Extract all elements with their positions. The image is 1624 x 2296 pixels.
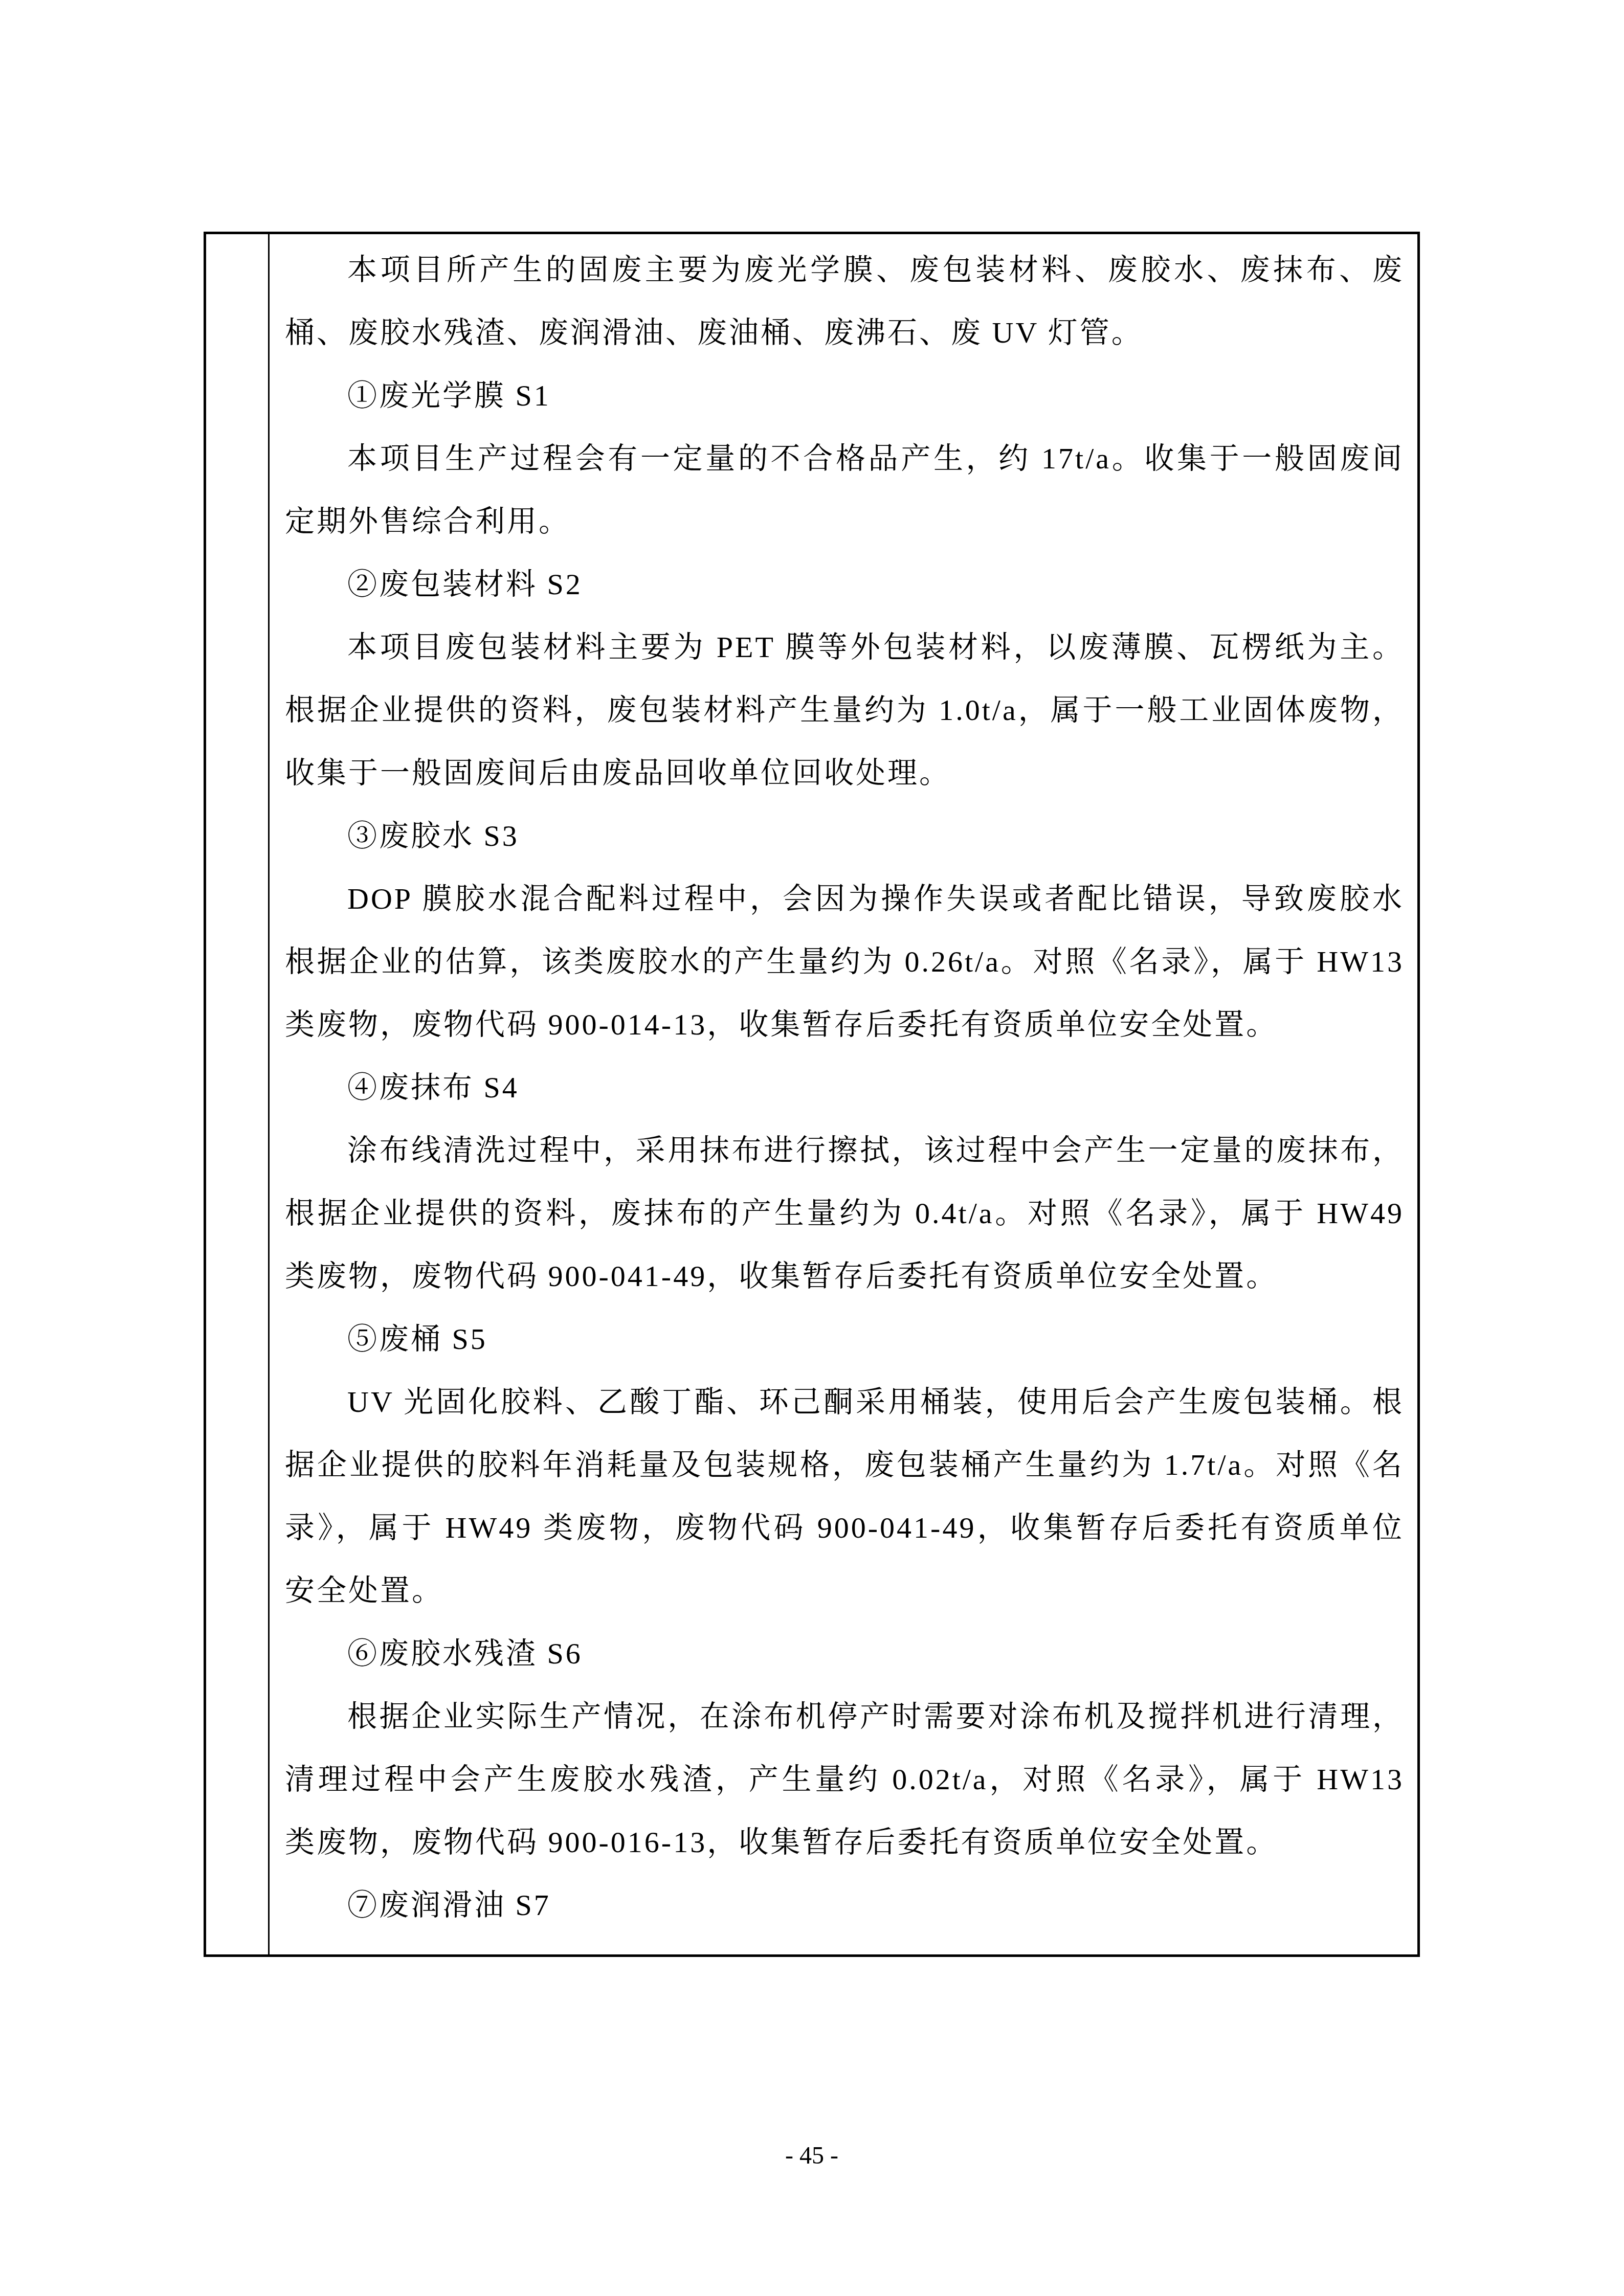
text-line: ⑦废润滑油 S7 xyxy=(285,1874,1404,1937)
text-line: ④废抹布 S4 xyxy=(285,1056,1404,1119)
text-line: 根据企业提供的资料，废包装材料产生量约为 1.0t/a，属于一般工业固体废物， xyxy=(285,679,1404,741)
text-line: 本项目废包装材料主要为 PET 膜等外包装材料，以废薄膜、瓦楞纸为主。 xyxy=(285,616,1404,679)
text-line: 涂布线清洗过程中，采用抹布进行擦拭，该过程中会产生一定量的废抹布， xyxy=(285,1119,1404,1182)
text-line: 桶、废胶水残渣、废润滑油、废油桶、废沸石、废 UV 灯管。 xyxy=(285,301,1404,364)
text-line: 本项目生产过程会有一定量的不合格品产生，约 17t/a。收集于一般固废间后 xyxy=(285,427,1404,490)
text-line: UV 光固化胶料、乙酸丁酯、环己酮采用桶装，使用后会产生废包装桶。根 xyxy=(285,1370,1404,1433)
text-line: 类废物，废物代码 900-016-13，收集暂存后委托有资质单位安全处置。 xyxy=(285,1811,1404,1874)
text-line: 根据企业提供的资料，废抹布的产生量约为 0.4t/a。对照《名录》，属于 HW4… xyxy=(285,1182,1404,1245)
text-line: ②废包装材料 S2 xyxy=(285,553,1404,616)
text-line: 安全处置。 xyxy=(285,1559,1404,1622)
text-line: 定期外售综合利用。 xyxy=(285,490,1404,553)
table-content-cell: 本项目所产生的固废主要为废光学膜、废包装材料、废胶水、废抹布、废桶、废胶水残渣、… xyxy=(270,234,1417,1954)
text-line: ⑥废胶水残渣 S6 xyxy=(285,1622,1404,1685)
text-line: 类废物，废物代码 900-014-13，收集暂存后委托有资质单位安全处置。 xyxy=(285,993,1404,1056)
page-number: - 45 - xyxy=(204,2141,1420,2171)
text-line: 类废物，废物代码 900-041-49，收集暂存后委托有资质单位安全处置。 xyxy=(285,1245,1404,1308)
text-line: 录》，属于 HW49 类废物，废物代码 900-041-49，收集暂存后委托有资… xyxy=(285,1496,1404,1559)
text-line: ⑤废桶 S5 xyxy=(285,1308,1404,1370)
text-line: 据企业提供的胶料年消耗量及包装规格，废包装桶产生量约为 1.7t/a。对照《名 xyxy=(285,1433,1404,1496)
solid-waste-section-table: 本项目所产生的固废主要为废光学膜、废包装材料、废胶水、废抹布、废桶、废胶水残渣、… xyxy=(204,232,1420,1957)
text-line: ③废胶水 S3 xyxy=(285,804,1404,867)
text-line: 根据企业的估算，该类废胶水的产生量约为 0.26t/a。对照《名录》，属于 HW… xyxy=(285,930,1404,993)
text-line: DOP 膜胶水混合配料过程中，会因为操作失误或者配比错误，导致废胶水产生， xyxy=(285,867,1404,930)
text-line: 清理过程中会产生废胶水残渣，产生量约 0.02t/a，对照《名录》，属于 HW1… xyxy=(285,1748,1404,1811)
table-row-header-cell xyxy=(206,234,270,1954)
text-line: ①废光学膜 S1 xyxy=(285,364,1404,427)
text-line: 根据企业实际生产情况，在涂布机停产时需要对涂布机及搅拌机进行清理， xyxy=(285,1685,1404,1748)
text-line: 收集于一般固废间后由废品回收单位回收处理。 xyxy=(285,741,1404,804)
text-line: 本项目所产生的固废主要为废光学膜、废包装材料、废胶水、废抹布、废 xyxy=(285,238,1404,301)
